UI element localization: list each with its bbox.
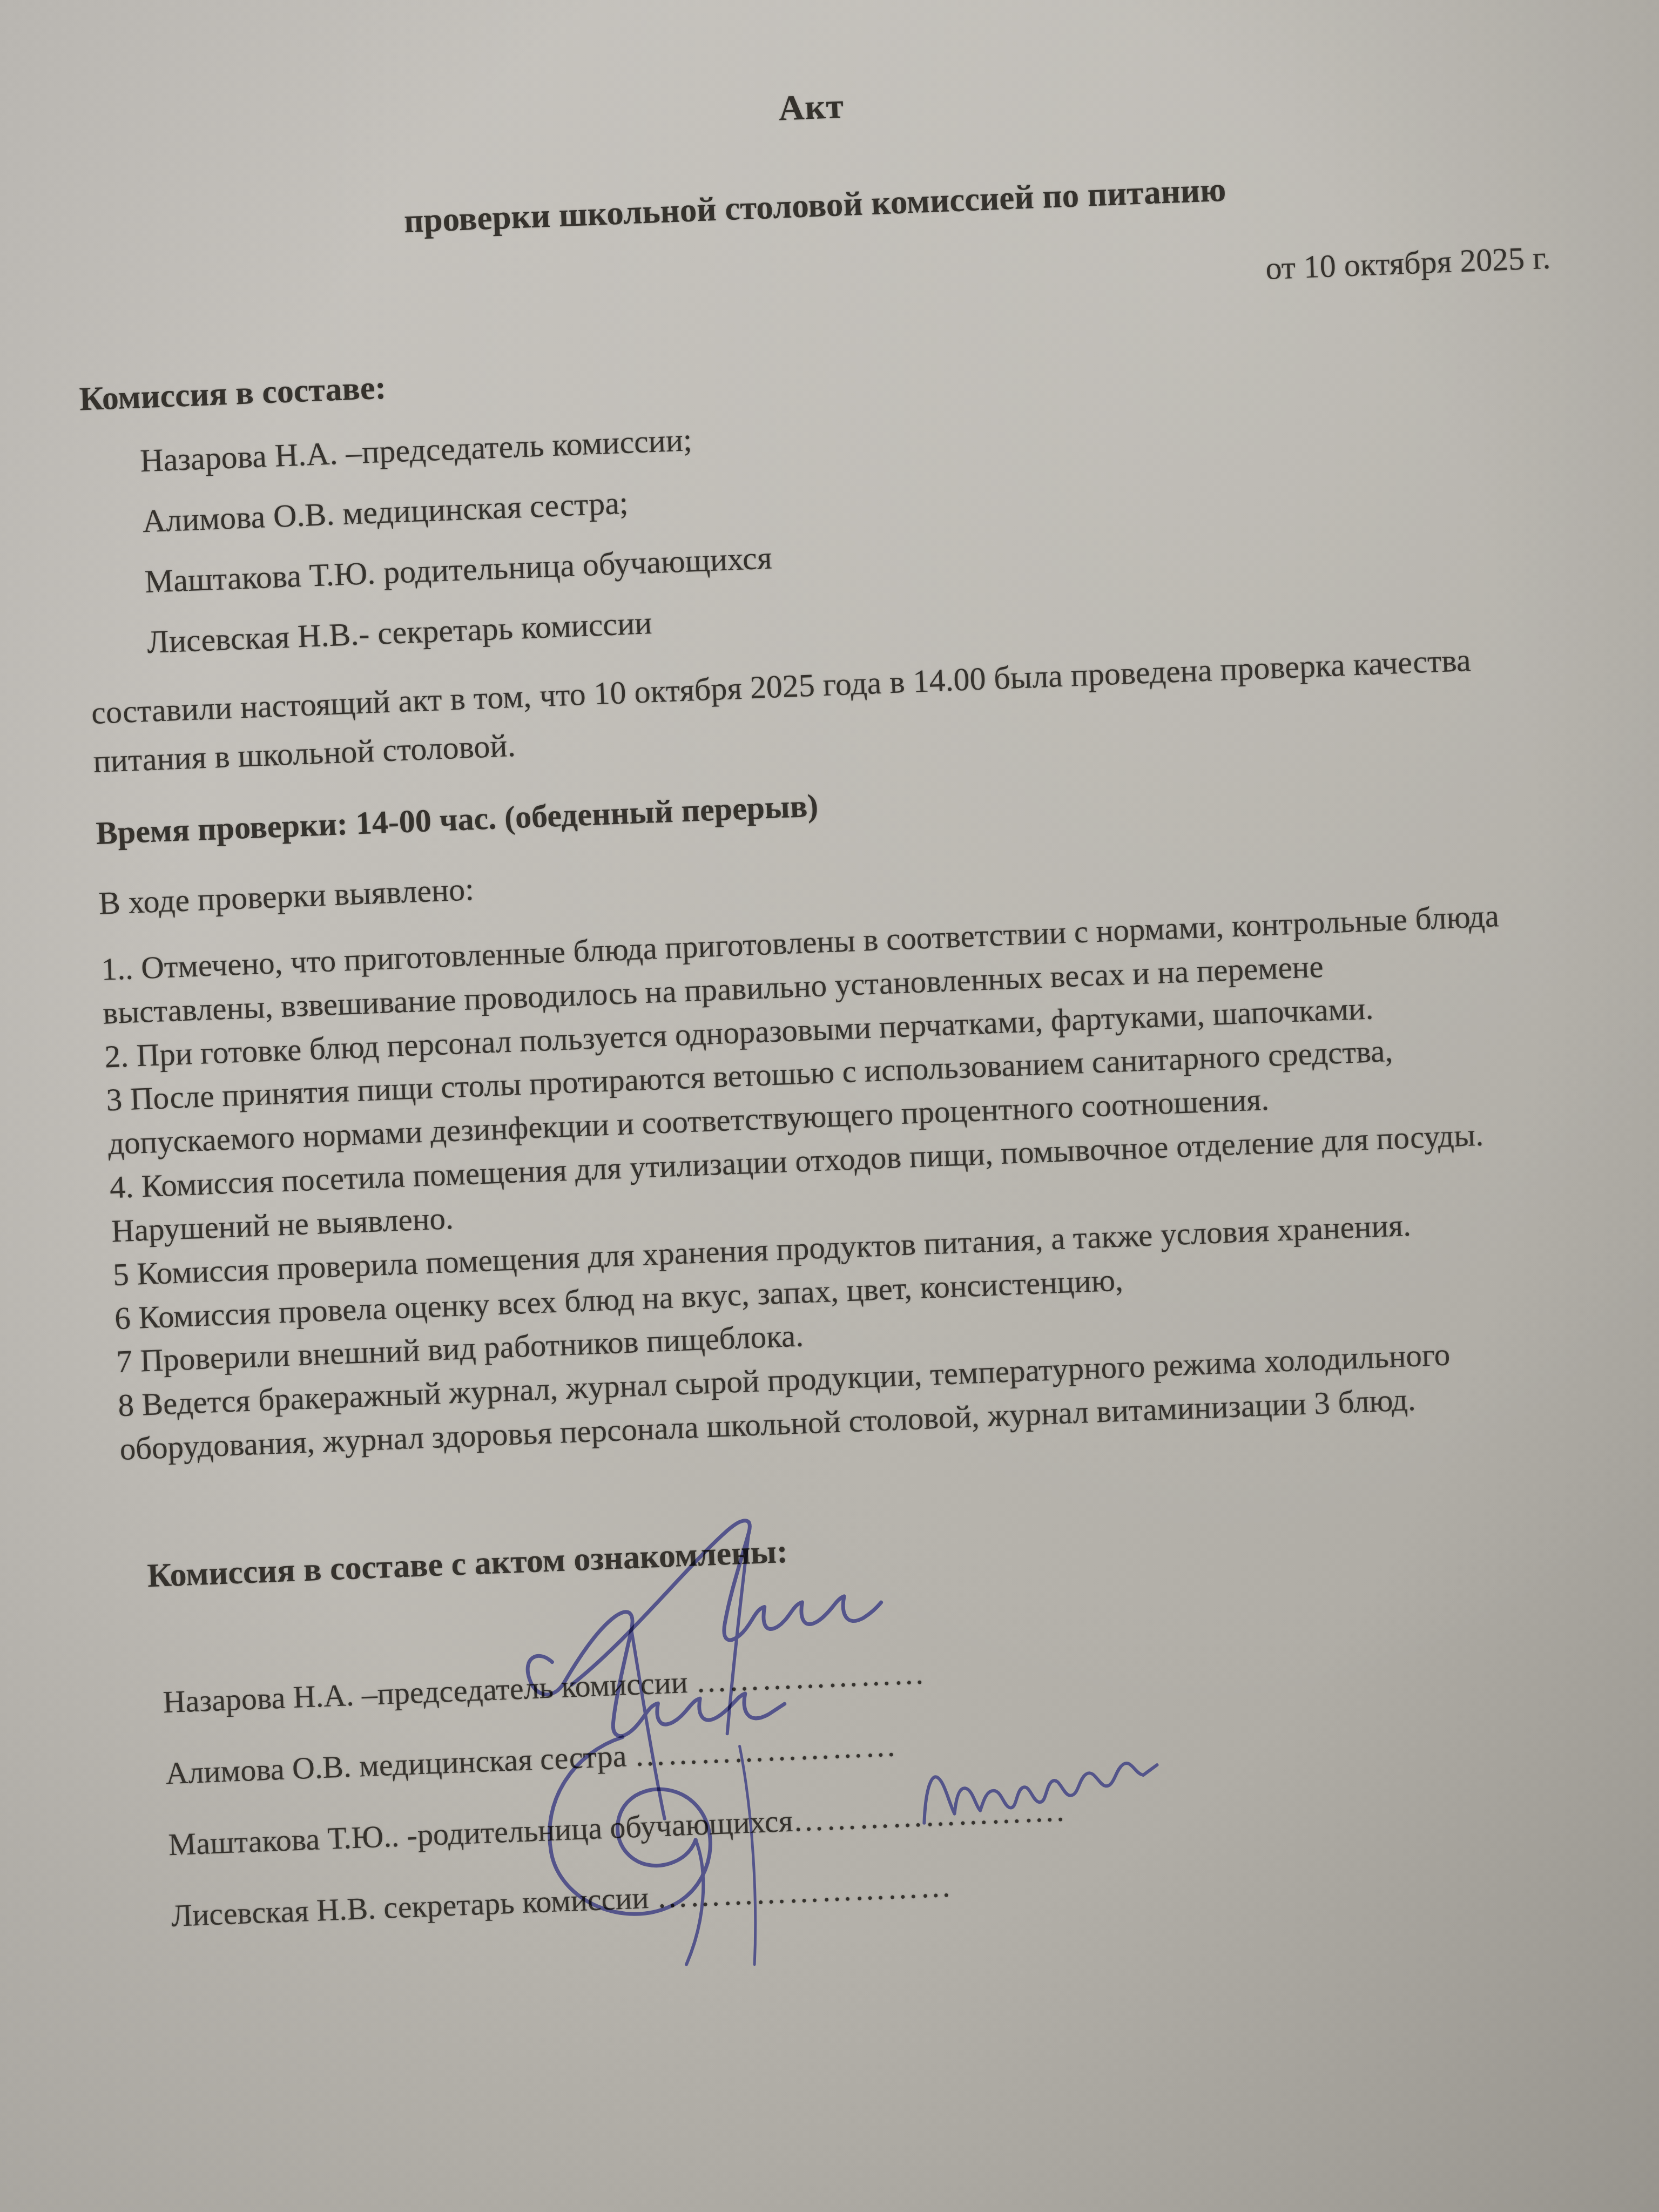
findings-list: 1.. Отмечено, что приготовленные блюда п…	[100, 893, 1548, 1471]
signature-dotted-line: …………………	[695, 1655, 927, 1699]
intro-paragraph: составили настоящий акт в том, что 10 ок…	[91, 631, 1579, 785]
commission-members-list: Назарова Н.А. –председатель комиссии; Ал…	[81, 390, 1573, 660]
acknowledgement-heading: Комиссия в составе с актом ознакомлены:	[146, 1503, 1609, 1593]
signature-label: Назарова Н.А. –председатель комиссии	[162, 1664, 696, 1719]
document-photo: Акт проверки школьной столовой комиссией…	[0, 0, 1659, 2212]
signature-block: Назарова Н.А. –председатель комиссии …………	[129, 1631, 1624, 1973]
act-document-sheet: Акт проверки школьной столовой комиссией…	[68, 53, 1623, 1973]
doc-title: Акт	[68, 53, 1554, 161]
